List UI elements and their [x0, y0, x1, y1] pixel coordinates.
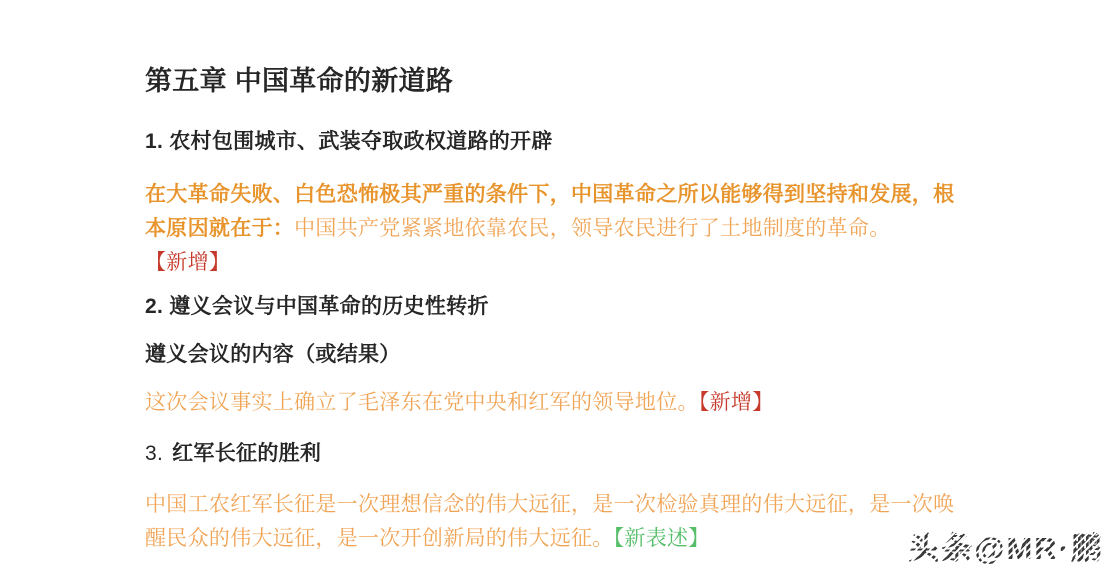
section-2-paragraph: 这次会议事实上确立了毛泽东在党中央和红军的领导地位。【新增】 — [145, 386, 957, 420]
section-3-heading: 3.红军长征的胜利 — [145, 439, 957, 469]
section-1-paragraph: 在大革命失败、白色恐怖极其严重的条件下，中国革命之所以能够得到坚持和发展，根本原… — [145, 178, 957, 280]
new-statement-tag: 【新表述】 — [614, 527, 710, 550]
chapter-title: 第五章 中国革命的新道路 — [145, 64, 957, 98]
new-added-tag: 【新增】 — [145, 251, 230, 274]
meeting-result-text: 这次会议事实上确立了毛泽东在党中央和红军的领导地位。 — [145, 391, 699, 414]
key-point-body-text: 中国共产党紧紧地依靠农民，领导农民进行了土地制度的革命。 — [294, 217, 890, 240]
section-2-heading: 2. 遵义会议与中国革命的历史性转折 — [145, 292, 957, 322]
article-page: 第五章 中国革命的新道路 1. 农村包围城市、武装夺取政权道路的开辟 在大革命失… — [0, 0, 1113, 577]
long-march-text: 中国工农红军长征是一次理想信念的伟大远征，是一次检验真理的伟大远征，是一次唤醒民… — [145, 493, 954, 550]
section-3-paragraph: 中国工农红军长征是一次理想信念的伟大远征，是一次检验真理的伟大远征，是一次唤醒民… — [145, 488, 957, 556]
toutiao-watermark: 头条@MR·鹏 — [904, 528, 1108, 569]
section-3-number: 3. — [145, 442, 163, 465]
article-content: 第五章 中国革命的新道路 1. 农村包围城市、武装夺取政权道路的开辟 在大革命失… — [145, 0, 957, 556]
section-1-heading: 1. 农村包围城市、武装夺取政权道路的开辟 — [145, 127, 957, 157]
new-added-tag: 【新增】 — [699, 391, 774, 414]
section-2-subheading: 遵义会议的内容（或结果） — [145, 340, 957, 370]
section-3-heading-text: 红军长征的胜利 — [172, 442, 321, 465]
